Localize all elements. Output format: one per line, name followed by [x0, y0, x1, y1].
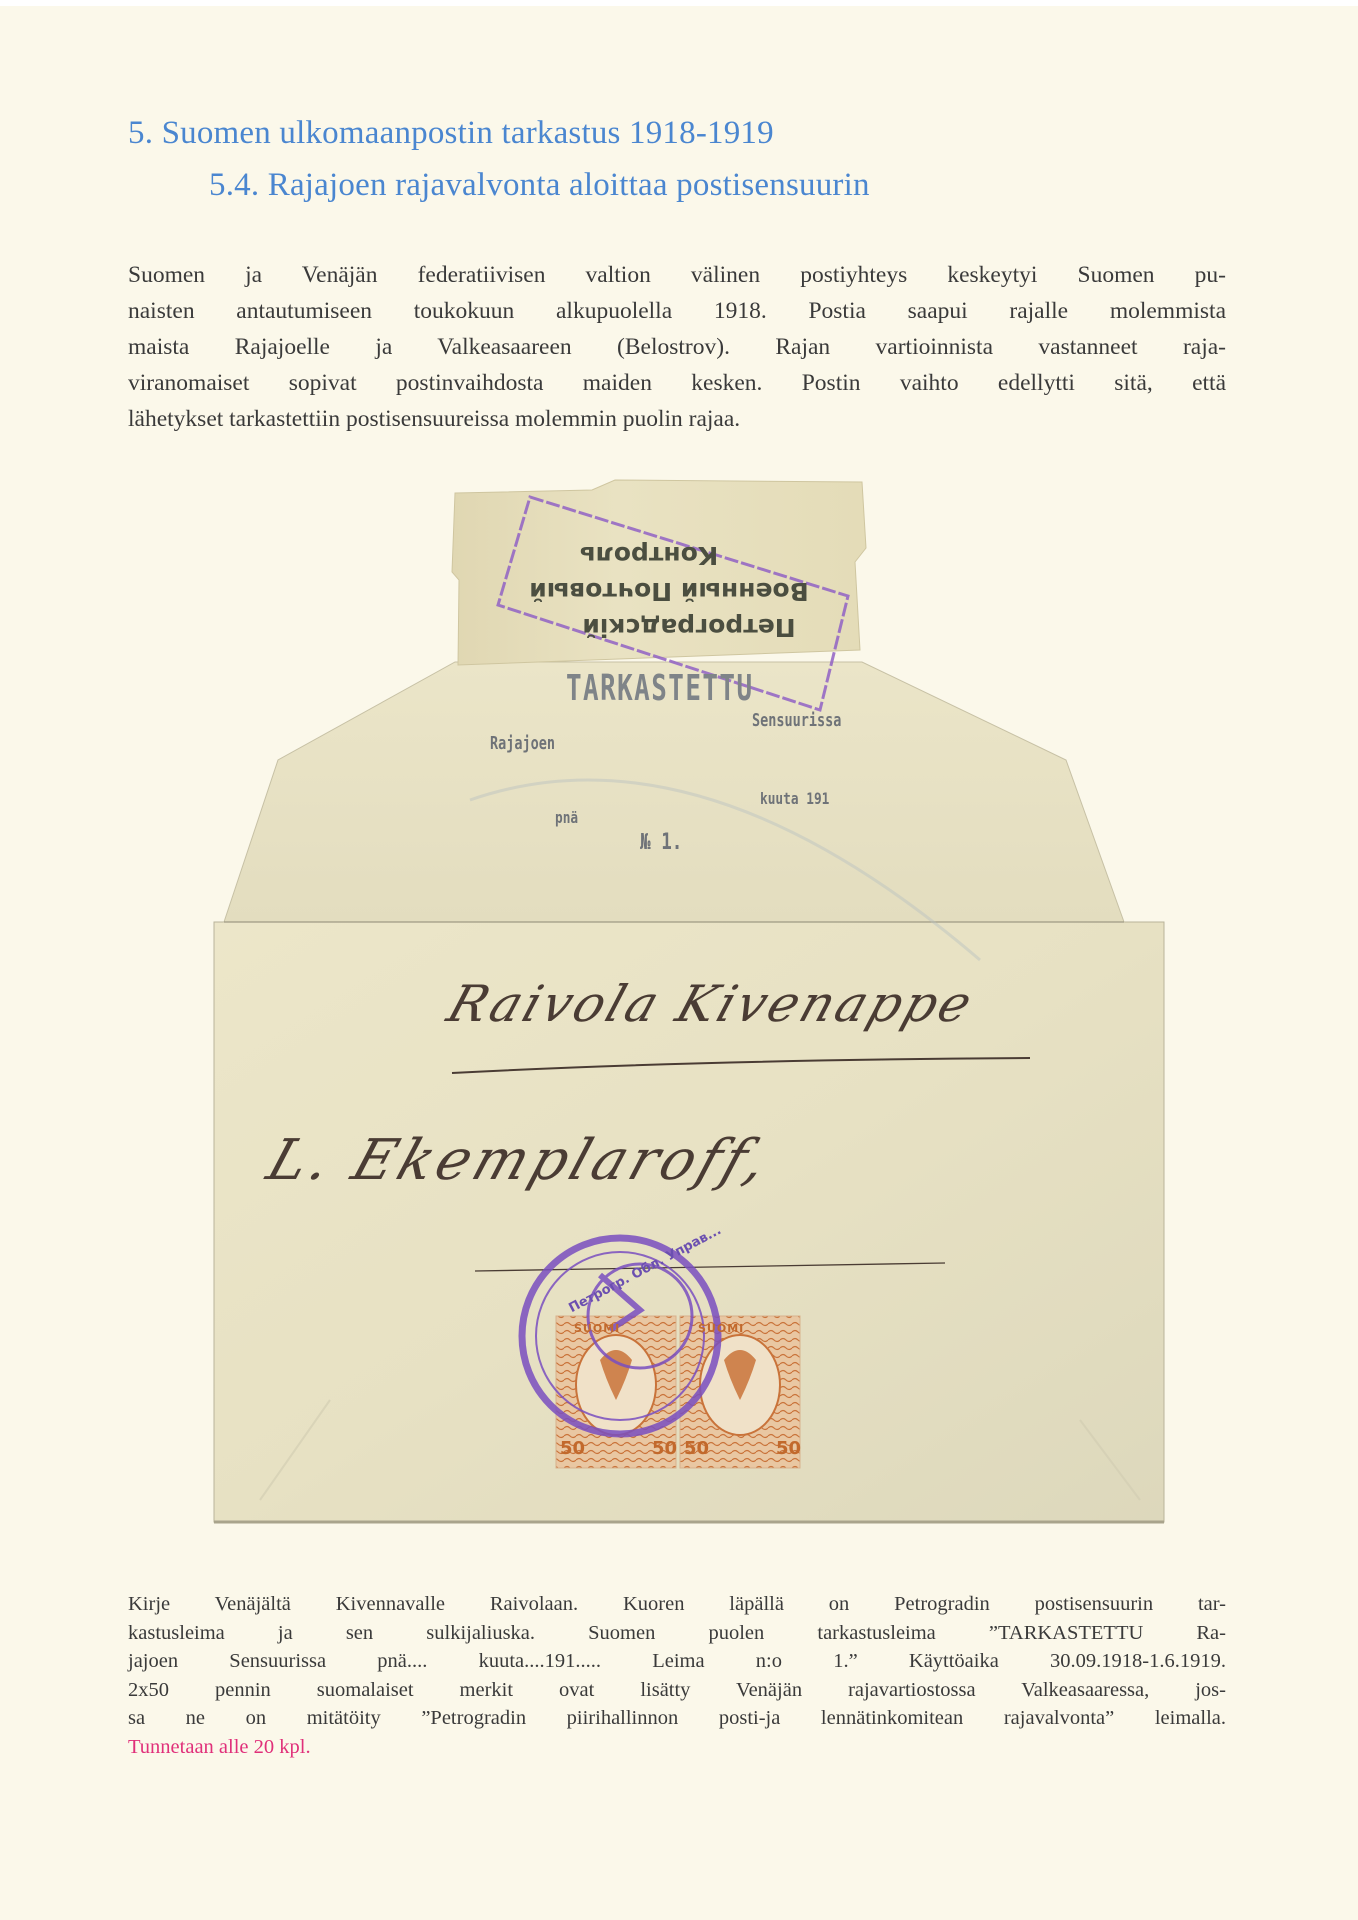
- circular-cancel-mark: [522, 1238, 718, 1434]
- intro-paragraph: Suomen ja Venäjän federatiivisen valtion…: [128, 257, 1226, 437]
- strip-line: Петроградскій: [455, 609, 923, 645]
- postage-stamps: [556, 1316, 800, 1468]
- censor-mark-number: № 1.: [640, 830, 682, 855]
- cancel-mark-text: Петрогр. Обл. Управ...: [566, 1223, 723, 1316]
- intro-line: Suomen ja Venäjän federatiivisen valtion…: [128, 257, 1226, 293]
- censor-mark-date-right: kuuta 191: [760, 789, 829, 808]
- caption-line: jajoen Sensuurissa pnä.... kuuta....191.…: [128, 1647, 1226, 1676]
- censor-mark-main: TARKASTETTU: [566, 668, 754, 709]
- intro-line: naisten antautumiseen toukokuun alkupuol…: [128, 293, 1226, 329]
- stamp-country: SUOMI: [574, 1322, 620, 1335]
- strip-line: Военный Почтовый: [455, 573, 883, 609]
- censor-strip-text: Петроградскій Военный Почтовый Контроль: [455, 490, 863, 665]
- intro-line: viranomaiset sopivat postinvaihdosta mai…: [128, 365, 1226, 401]
- caption-line: kastusleima ja sen sulkijaliuska. Suomen…: [128, 1619, 1226, 1648]
- stamp-value: 50: [684, 1438, 709, 1459]
- stamp-value: 50: [652, 1438, 677, 1459]
- address-line-2: L. Ekemplaroff,: [259, 1128, 779, 1193]
- stamp-value: 50: [776, 1438, 801, 1459]
- stamp-country: SUOMI: [698, 1322, 744, 1335]
- caption-paragraph: Kirje Venäjältä Kivennavalle Raivolaan. …: [128, 1590, 1226, 1761]
- section-title: 5. Suomen ulkomaanpostin tarkastus 1918-…: [128, 114, 774, 152]
- censor-mark-left: Rajajoen: [490, 733, 555, 754]
- rarity-note: Tunnetaan alle 20 kpl.: [128, 1733, 1226, 1762]
- caption-line: Kirje Venäjältä Kivennavalle Raivolaan. …: [128, 1590, 1226, 1619]
- censor-mark-right: Sensuurissa: [752, 710, 841, 731]
- strip-line: Контроль: [455, 537, 843, 573]
- censor-mark-date-left: pnä: [555, 808, 578, 827]
- intro-line: lähetykset tarkastettiin postisensuureis…: [128, 401, 1226, 437]
- subsection-title: 5.4. Rajajoen rajavalvonta aloittaa post…: [209, 166, 870, 204]
- stamp-value: 50: [560, 1438, 585, 1459]
- caption-line: 2x50 pennin suomalaiset merkit ovat lisä…: [128, 1676, 1226, 1705]
- intro-line: maista Rajajoelle ja Valkeasaareen (Belo…: [128, 329, 1226, 365]
- address-line-1: Raivola Kivenappe: [441, 975, 982, 1033]
- page-top-edge: [0, 0, 1358, 6]
- caption-line: sa ne on mitätöity ”Petrogradin piirihal…: [128, 1704, 1226, 1733]
